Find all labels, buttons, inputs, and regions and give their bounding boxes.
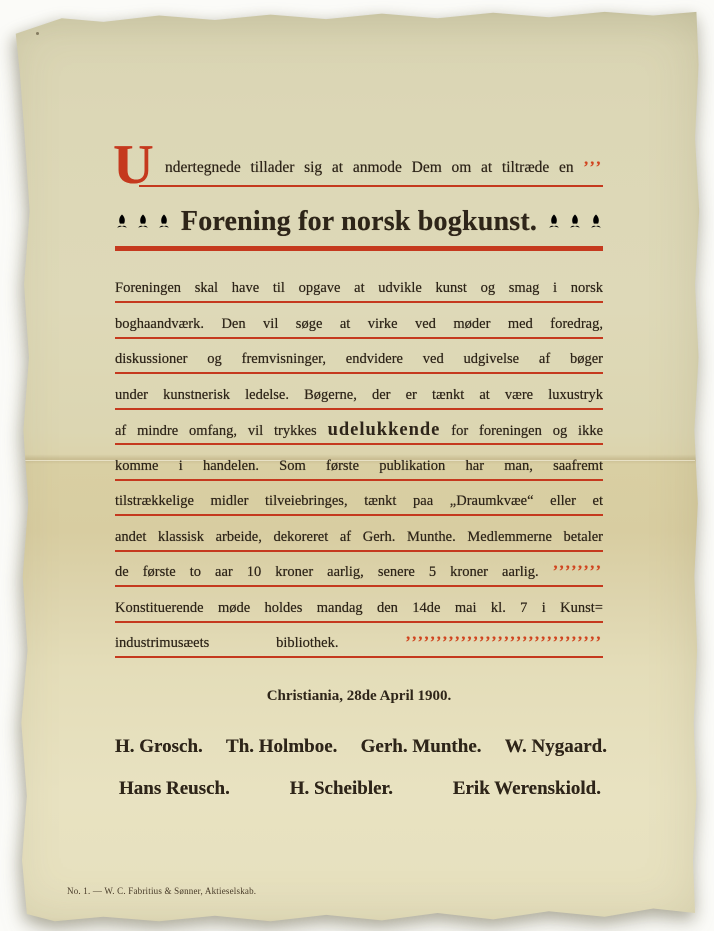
- printer-imprint: No. 1. — W. C. Fabritius & Sønner, Aktie…: [67, 886, 256, 896]
- body-line: Konstituerende møde holdes mandag den 14…: [115, 596, 603, 623]
- flower-bud-icon: [568, 214, 582, 231]
- signature: H. Scheibler.: [290, 778, 393, 800]
- body-line-text: de første to aar 10 kroner aarlig, sener…: [115, 564, 539, 580]
- page-title: Forening for norsk bogkunst.: [181, 206, 537, 238]
- scanned-sheet: U ndertegnede tillader sig at anmode Dem…: [6, 10, 702, 924]
- intro-underline: ndertegnede tillader sig at anmode Dem o…: [139, 156, 603, 187]
- body-line: diskussioner og fremvisninger, endvidere…: [115, 347, 603, 374]
- body-line: komme i handelen. Som første publikation…: [115, 454, 603, 481]
- body-line: Foreningen skal have til opgave at udvik…: [115, 276, 603, 303]
- paper-sheet: U ndertegnede tillader sig at anmode Dem…: [6, 10, 702, 924]
- flower-bud-icon: [157, 214, 171, 231]
- signature: Erik Werenskiold.: [453, 778, 601, 800]
- dateline: Christiania, 28de April 1900.: [115, 688, 603, 705]
- intro-section: U ndertegnede tillader sig at anmode Dem…: [115, 156, 603, 187]
- body-line-text: af mindre omfang, vil trykkes: [115, 423, 317, 439]
- signature: H. Grosch.: [115, 736, 203, 758]
- body-line: boghaandværk. Den vil søge at virke ved …: [115, 312, 603, 339]
- body-line: af mindre omfang, vil trykkes udelukkend…: [115, 418, 603, 445]
- intro-line: ndertegnede tillader sig at anmode Dem o…: [139, 156, 603, 180]
- flower-bud-icon: [136, 214, 150, 231]
- signature-row: Hans Reusch. H. Scheibler. Erik Werenski…: [119, 778, 601, 800]
- signature: W. Nygaard.: [505, 736, 607, 758]
- sprig-ornaments-icon: ’’’’’’’’’’’’’’’’’’’’’’’’’’’’’’’’: [405, 634, 603, 651]
- emphasized-word: udelukkende: [328, 420, 441, 440]
- intro-text: ndertegnede tillader sig at anmode Dem o…: [165, 159, 574, 176]
- heading: Forening for norsk bogkunst.: [115, 202, 603, 251]
- intro-dropcap: U: [113, 137, 153, 193]
- flower-bud-icon: [589, 214, 603, 231]
- signature: Gerh. Munthe.: [361, 736, 482, 758]
- signature: Hans Reusch.: [119, 778, 230, 800]
- body-line-text: for foreningen og ikke: [451, 423, 603, 439]
- flower-bud-icon: [115, 214, 129, 231]
- flower-bud-icon: [547, 214, 561, 231]
- body-line: tilstrækkelige midler tilveiebringes, tæ…: [115, 489, 603, 516]
- body-line: andet klassisk arbeide, dekoreret af Ger…: [115, 525, 603, 552]
- body-paragraph: Foreningen skal have til opgave at udvik…: [115, 276, 603, 667]
- flower-ornament-group-right: [547, 214, 603, 231]
- paper-speck: [36, 32, 39, 35]
- body-line: industrimusæets bibliothek. ’’’’’’’’’’’’…: [115, 631, 603, 658]
- signature: Th. Holmboe.: [226, 736, 337, 758]
- signature-row: H. Grosch. Th. Holmboe. Gerh. Munthe. W.…: [115, 736, 607, 758]
- sprig-ornaments-icon: ’’’’’’’’: [553, 563, 603, 580]
- body-line: de første to aar 10 kroner aarlig, sener…: [115, 560, 603, 587]
- body-line-text: industrimusæets bibliothek.: [115, 635, 339, 651]
- flower-ornament-group-left: [115, 214, 171, 231]
- body-line: under kunstnerisk ledelse. Bøgerne, der …: [115, 383, 603, 410]
- sprig-ornaments-icon: ’’’: [583, 159, 603, 176]
